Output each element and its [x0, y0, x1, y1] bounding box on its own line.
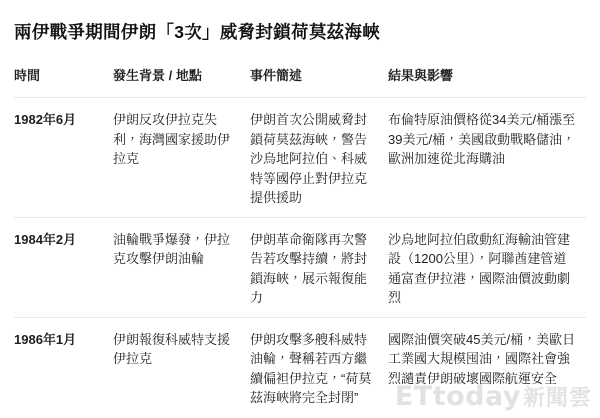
- cell-time: 1986年1月: [14, 330, 113, 350]
- cell-event: 伊朗首次公開威脅封鎖荷莫茲海峽，警告沙烏地阿拉伯、科威特等國停止對伊拉克提供援助: [250, 110, 388, 208]
- cell-time: 1982年6月: [14, 110, 113, 130]
- cell-background: 伊朗反攻伊拉克失利，海灣國家援助伊拉克: [113, 110, 250, 169]
- cell-result: 沙烏地阿拉伯啟動紅海輸油管建設（1200公里），阿聯酋建管道通富查伊拉港，國際油…: [388, 230, 578, 308]
- events-table: 時間 發生背景 / 地點 事件簡述 結果與影響 1982年6月 伊朗反攻伊拉克失…: [14, 61, 586, 417]
- table-row-1982: 1982年6月 伊朗反攻伊拉克失利，海灣國家援助伊拉克 伊朗首次公開威脅封鎖荷莫…: [14, 98, 586, 218]
- infographic-page: 兩伊戰爭期間伊朗「3次」威脅封鎖荷莫茲海峽 時間 發生背景 / 地點 事件簡述 …: [0, 0, 600, 418]
- cell-background: 油輪戰爭爆發，伊拉克攻擊伊朗油輪: [113, 230, 250, 269]
- table-header-row: 時間 發生背景 / 地點 事件簡述 結果與影響: [14, 61, 586, 98]
- cell-time: 1984年2月: [14, 230, 113, 250]
- cell-result: 布倫特原油價格從34美元/桶漲至39美元/桶，美國啟動戰略儲油，歐洲加速從北海購…: [388, 110, 578, 169]
- table-row-1984: 1984年2月 油輪戰爭爆發，伊拉克攻擊伊朗油輪 伊朗革命衛隊再次警告若攻擊持續…: [14, 218, 586, 318]
- cell-event: 伊朗革命衛隊再次警告若攻擊持續，將封鎖海峽，展示報復能力: [250, 230, 388, 308]
- column-header-result: 結果與影響: [388, 65, 578, 84]
- column-header-background: 發生背景 / 地點: [113, 65, 250, 84]
- cell-event: 伊朗攻擊多艘科威特油輪，聲稱若西方繼續偏袒伊拉克，“荷莫茲海峽將完全封閉”: [250, 330, 388, 408]
- page-title: 兩伊戰爭期間伊朗「3次」威脅封鎖荷莫茲海峽: [14, 20, 586, 45]
- ettoday-logo-latin: ETtoday: [395, 381, 521, 412]
- ettoday-logo-cjk: 新聞雲: [523, 381, 592, 412]
- ettoday-logo-watermark: ETtoday 新聞雲: [395, 381, 592, 412]
- cell-result: 國際油價突破45美元/桶，美歐日工業國大規模囤油，國際社會強烈譴責伊朗破壞國際航…: [388, 330, 578, 389]
- column-header-event: 事件簡述: [250, 65, 388, 84]
- column-header-time: 時間: [14, 65, 113, 84]
- cell-background: 伊朗報復科威特支援伊拉克: [113, 330, 250, 369]
